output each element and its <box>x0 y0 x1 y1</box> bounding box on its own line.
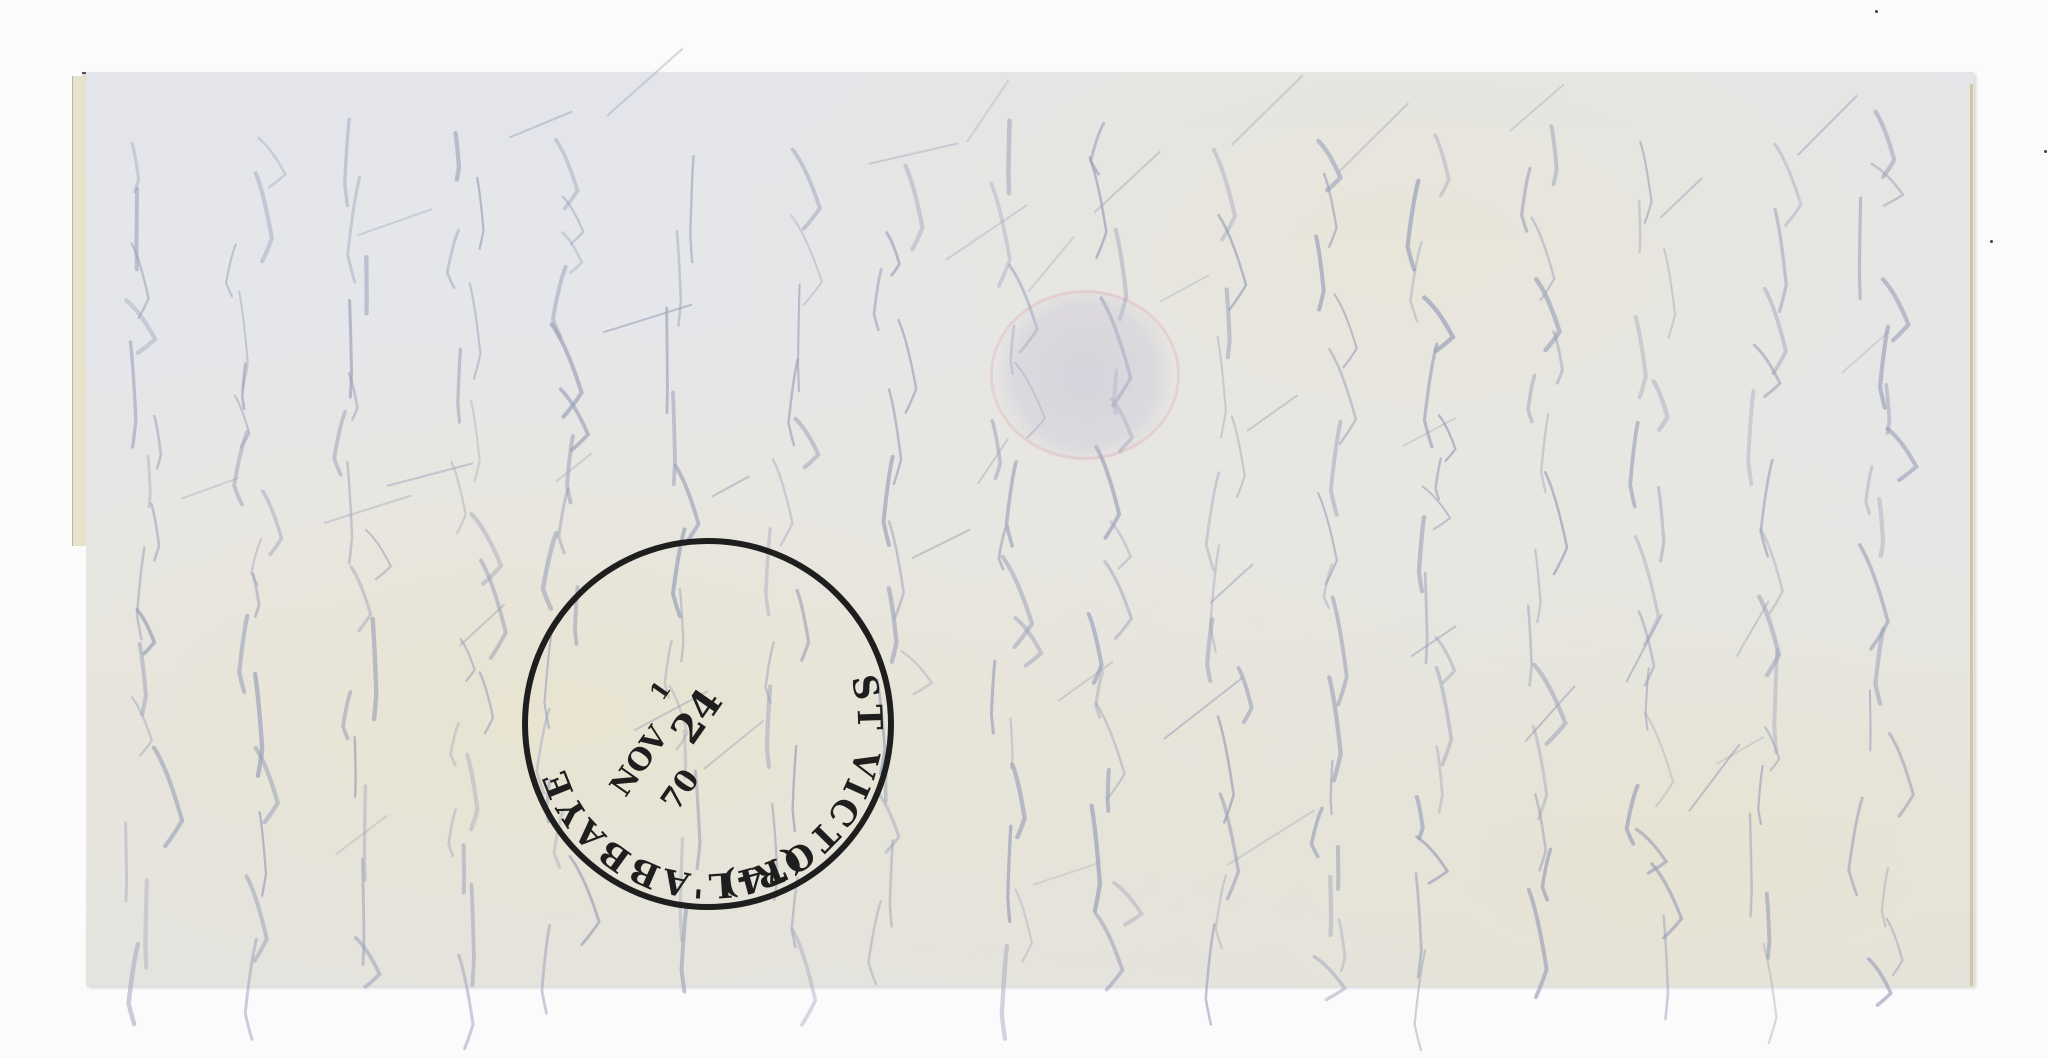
dust-speck <box>1875 10 1878 13</box>
postmark-graphic: ST VICTOR-L'ABBAYE (74) 24 NOV 70 1 <box>518 534 898 914</box>
dust-speck <box>2044 150 2047 153</box>
dust-speck <box>1990 240 1993 243</box>
faded-handwriting <box>0 0 2048 1058</box>
scanned-cover: ST VICTOR-L'ABBAYE (74) 24 NOV 70 1 <box>0 0 2048 1058</box>
postmark-year: 70 <box>654 763 707 817</box>
postmark-time-mark: 1 <box>643 675 676 705</box>
circular-datestamp: ST VICTOR-L'ABBAYE (74) 24 NOV 70 1 <box>518 534 898 914</box>
faded-red-handstamp <box>990 290 1180 460</box>
